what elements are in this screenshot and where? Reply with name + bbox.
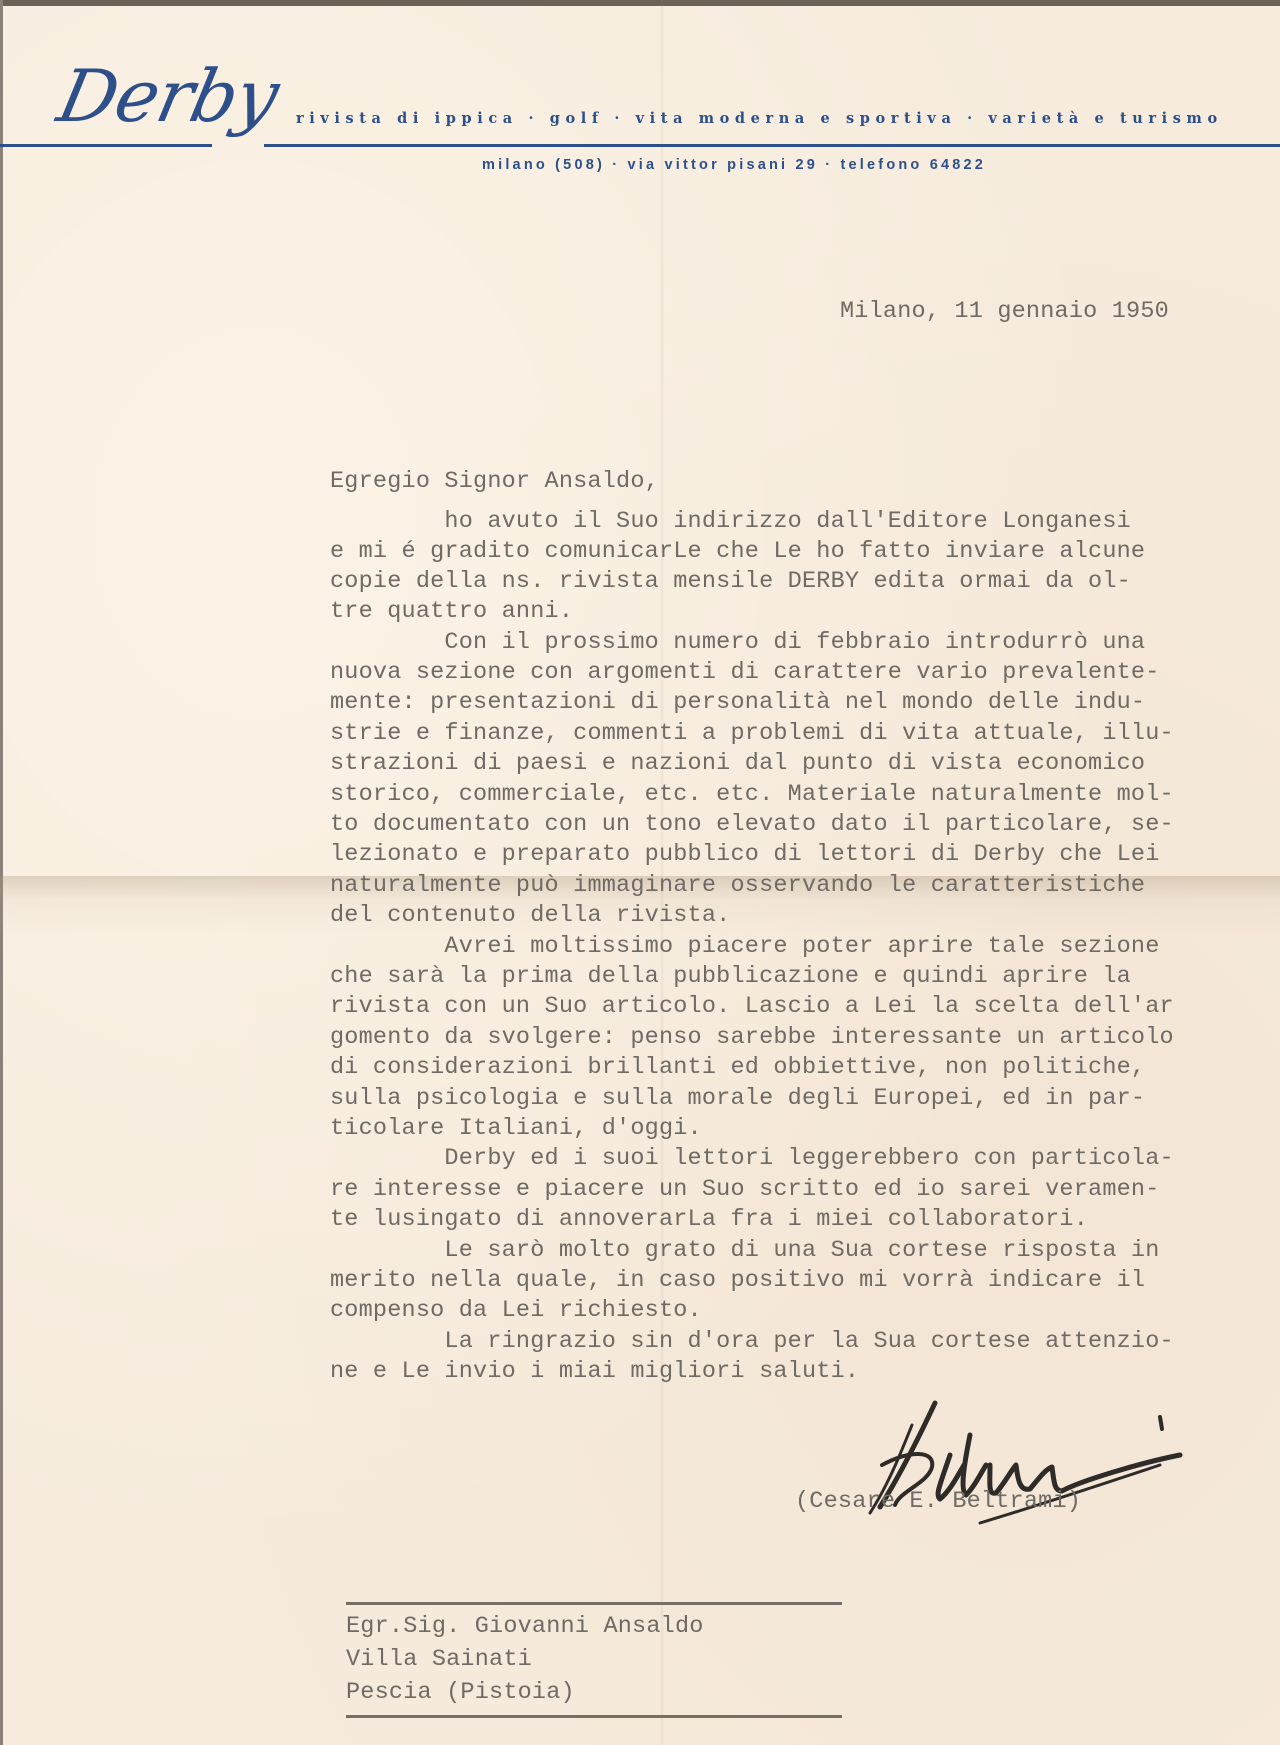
scan-left-edge <box>0 0 3 1745</box>
body-line: storico, commerciale, etc. etc. Material… <box>330 781 1174 808</box>
body-line: compenso da Lei richiesto. <box>330 1297 702 1324</box>
body-line: Con il prossimo numero di febbraio intro… <box>330 629 1145 656</box>
body-line: re interesse e piacere un Suo scritto ed… <box>330 1176 1160 1203</box>
recipient-line: Villa Sainati <box>346 1646 532 1673</box>
body-line: ne e Le invio i miai migliori saluti. <box>330 1358 859 1385</box>
derby-logo: Derby <box>52 60 284 132</box>
body-line: te lusingato di annoverarLa fra i miei c… <box>330 1206 1088 1233</box>
body-line: e mi é gradito comunicarLe che Le ho fat… <box>330 538 1145 565</box>
body-line: copie della ns. rivista mensile DERBY ed… <box>330 568 1131 595</box>
body-line: che sarà la prima della pubblicazione e … <box>330 963 1131 990</box>
letterhead-address: milano (508) · via vittor pisani 29 · te… <box>482 157 986 173</box>
body-line: Le sarò molto grato di una Sua cortese r… <box>330 1237 1160 1264</box>
body-line: Avrei moltissimo piacere poter aprire ta… <box>330 933 1160 960</box>
recipient-rule-top <box>346 1602 842 1605</box>
body-line: naturalmente può immaginare osservando l… <box>330 872 1145 899</box>
signatory-name: (Cesare E. Beltrami) <box>795 1488 1081 1515</box>
body-line: tre quattro anni. <box>330 598 573 625</box>
letter-date: Milano, 11 gennaio 1950 <box>840 298 1169 325</box>
body-line: strie e finanze, commenti a problemi di … <box>330 720 1174 747</box>
letterhead-rule-right <box>264 144 1280 147</box>
body-line: merito nella quale, in caso positivo mi … <box>330 1267 1145 1294</box>
scan-top-edge <box>0 0 1280 6</box>
body-line: del contenuto della rivista. <box>330 902 730 929</box>
recipient-line: Pescia (Pistoia) <box>346 1679 575 1706</box>
body-line: Derby ed i suoi lettori leggerebbero con… <box>330 1145 1174 1172</box>
body-line: di considerazioni brillanti ed obbiettiv… <box>330 1054 1145 1081</box>
recipient-rule-bottom <box>346 1715 842 1718</box>
body-line: ho avuto il Suo indirizzo dall'Editore L… <box>330 508 1131 535</box>
recipient-line: Egr.Sig. Giovanni Ansaldo <box>346 1613 704 1640</box>
body-line: gomento da svolgere: penso sarebbe inter… <box>330 1024 1174 1051</box>
body-line: La ringrazio sin d'ora per la Sua cortes… <box>330 1328 1174 1355</box>
body-line: sulla psicologia e sulla morale degli Eu… <box>330 1085 1145 1112</box>
body-line: to documentato con un tono elevato dato … <box>330 811 1174 838</box>
body-line: strazioni di paesi e nazioni dal punto d… <box>330 750 1145 777</box>
body-line: mente: presentazioni di personalità nel … <box>330 689 1145 716</box>
body-line: nuova sezione con argomenti di carattere… <box>330 659 1160 686</box>
letterhead-tagline: rivista di ippica · golf · vita moderna … <box>296 110 1223 127</box>
body-line: lezionato e preparato pubblico di lettor… <box>330 841 1160 868</box>
body-line: rivista con un Suo articolo. Lascio a Le… <box>330 993 1174 1020</box>
body-line: ticolare Italiani, d'oggi. <box>330 1115 702 1142</box>
letterhead-rule-left <box>0 144 212 147</box>
letter-salutation: Egregio Signor Ansaldo, <box>330 468 659 495</box>
